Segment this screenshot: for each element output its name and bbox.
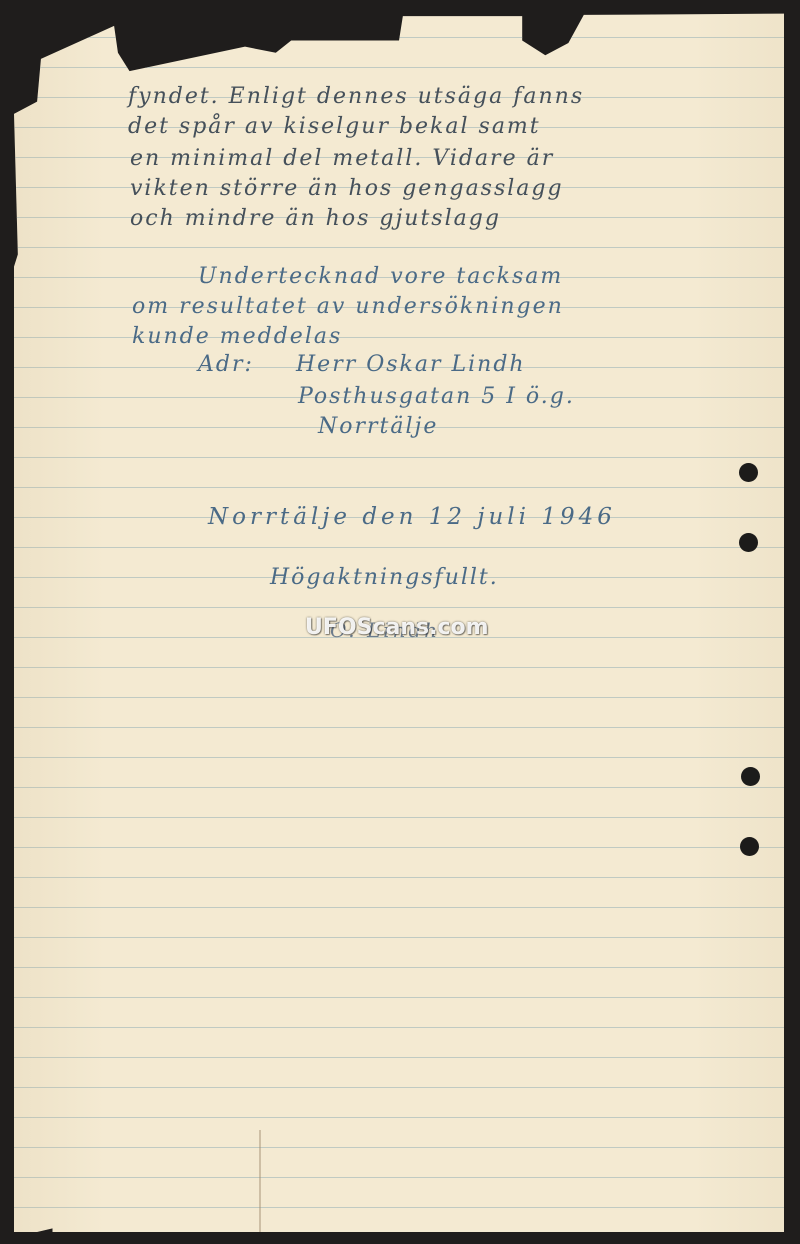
request-line-3: kunde meddelas xyxy=(132,322,342,352)
body-line-5: och mindre än hos gjutslagg xyxy=(130,204,501,234)
body-line-4: vikten större än hos gengasslagg xyxy=(130,174,564,204)
closing-text: Högaktningsfullt. xyxy=(270,565,499,590)
address-street: Posthusgatan 5 I ö.g. xyxy=(298,382,575,412)
dateline: Norrtälje den 12 juli 1946 xyxy=(208,502,616,532)
request-line-2: om resultatet av undersökningen xyxy=(132,292,564,322)
address-city: Norrtälje xyxy=(318,412,438,442)
address-label: Adr: xyxy=(198,350,254,380)
dateline-text: Norrtälje den 12 juli 1946 xyxy=(208,504,616,530)
punch-hole xyxy=(740,837,759,856)
paper-crease xyxy=(259,1130,261,1242)
address-name: Herr Oskar Lindh xyxy=(296,350,526,380)
punch-hole xyxy=(739,463,758,482)
punch-hole xyxy=(741,767,760,786)
request-line-1: Undertecknad vore tacksam xyxy=(198,262,563,292)
body-line-1: fyndet. Enligt dennes utsäga fanns xyxy=(128,82,584,112)
watermark: UFOScans.com xyxy=(305,615,489,640)
body-line-3: en minimal del metall. Vidare är xyxy=(130,144,554,174)
punch-hole xyxy=(739,533,758,552)
closing: Högaktningsfullt. xyxy=(270,563,499,593)
body-line-2: det spår av kiselgur bekal samt xyxy=(128,112,541,142)
